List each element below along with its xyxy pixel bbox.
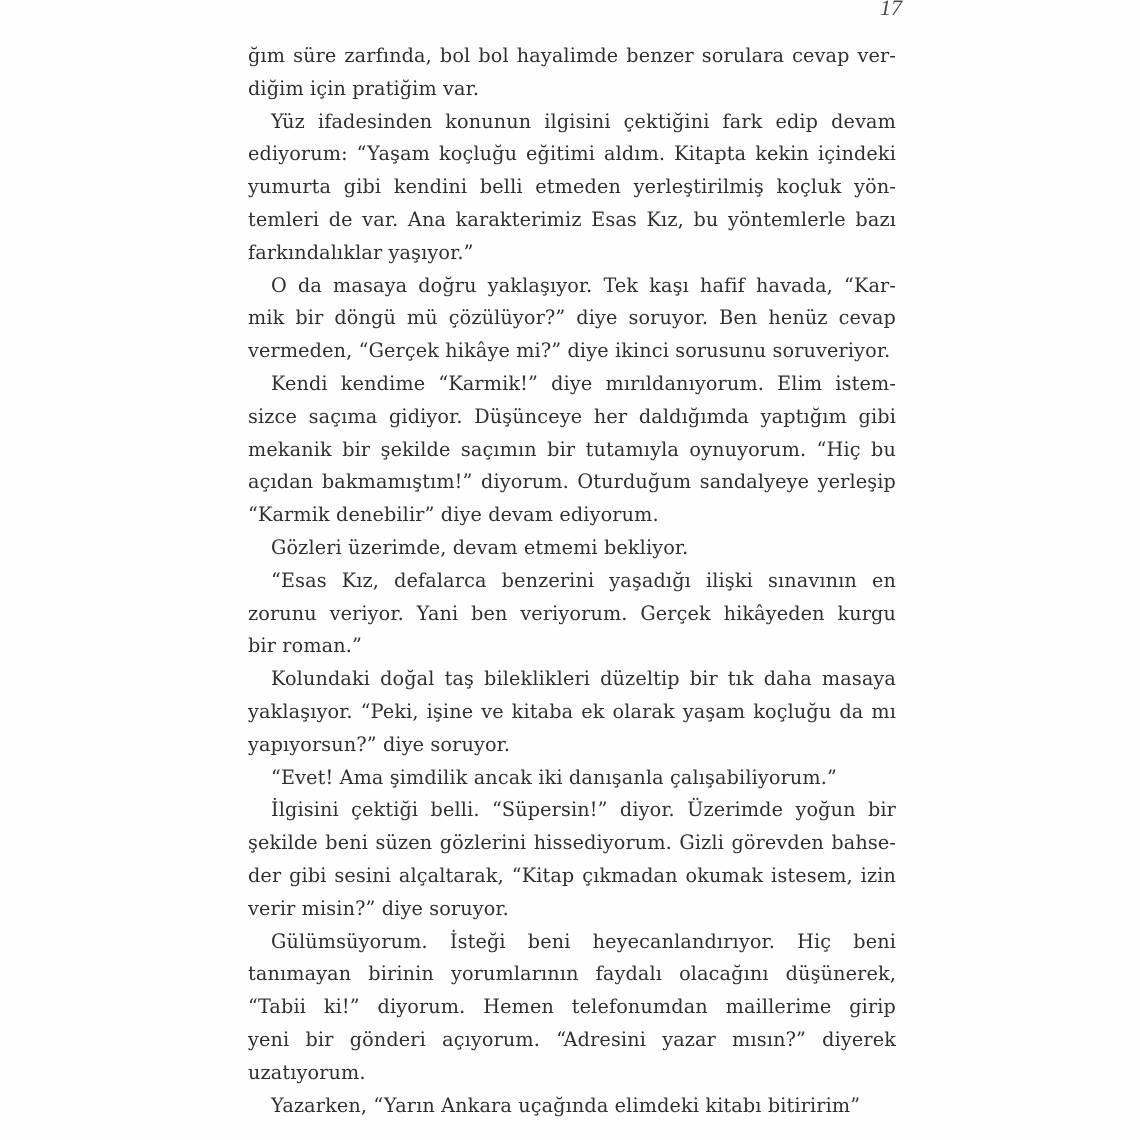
- paragraph: “Evet! Ama şimdilik ancak iki danışanla …: [248, 762, 896, 795]
- text-line: yaklaşıyor. “Peki, işine ve kitaba ek ol…: [248, 696, 896, 729]
- text-line: Gözleri üzerimde, devam etmemi bekliyor.: [248, 532, 896, 565]
- text-line: bir roman.”: [248, 630, 896, 663]
- text-line: Yazarken, “Yarın Ankara uçağında elimdek…: [248, 1090, 896, 1123]
- text-line: diğim için pratiğim var.: [248, 73, 896, 106]
- text-line: yeni bir gönderi açıyorum. “Adresini yaz…: [248, 1024, 896, 1057]
- text-line: yapıyorsun?” diye soruyor.: [248, 729, 896, 762]
- paragraph: Yazarken, “Yarın Ankara uçağında elimdek…: [248, 1090, 896, 1123]
- book-page: 17 ğım süre zarfında, bol bol hayalimde …: [0, 0, 1140, 1140]
- paragraph: Gülümsüyorum. İsteği beni heyecanlandırı…: [248, 926, 896, 1090]
- text-line: uzatıyorum.: [248, 1057, 896, 1090]
- text-line: Yüz ifadesinden konunun ilgisini çektiği…: [248, 106, 896, 139]
- page-number: 17: [862, 0, 902, 22]
- text-line: Kendi kendime “Karmik!” diye mırıldanıyo…: [248, 368, 896, 401]
- paragraph: Yüz ifadesinden konunun ilgisini çektiği…: [248, 106, 896, 270]
- text-line: “Evet! Ama şimdilik ancak iki danışanla …: [248, 762, 896, 795]
- text-line: vermeden, “Gerçek hikâye mi?” diye ikinc…: [248, 335, 896, 368]
- text-line: şekilde beni süzen gözlerini hissediyoru…: [248, 827, 896, 860]
- text-line: verir misin?” diye soruyor.: [248, 893, 896, 926]
- text-line: “Karmik denebilir” diye devam ediyorum.: [248, 499, 896, 532]
- paragraph: “Esas Kız, defalarca benzerini yaşadığı …: [248, 565, 896, 663]
- paragraph: O da masaya doğru yaklaşıyor. Tek kaşı h…: [248, 270, 896, 368]
- text-line: ğım süre zarfında, bol bol hayalimde ben…: [248, 40, 896, 73]
- text-line: açıdan bakmamıştım!” diyorum. Oturduğum …: [248, 466, 896, 499]
- text-line: O da masaya doğru yaklaşıyor. Tek kaşı h…: [248, 270, 896, 303]
- text-line: mik bir döngü mü çözülüyor?” diye soruyo…: [248, 302, 896, 335]
- text-line: temleri de var. Ana karakterimiz Esas Kı…: [248, 204, 896, 237]
- text-line: Gülümsüyorum. İsteği beni heyecanlandırı…: [248, 926, 896, 959]
- text-line: İlgisini çektiği belli. “Süpersin!” diyo…: [248, 794, 896, 827]
- text-line: zorunu veriyor. Yani ben veriyorum. Gerç…: [248, 598, 896, 631]
- paragraph: İlgisini çektiği belli. “Süpersin!” diyo…: [248, 794, 896, 925]
- text-line: der gibi sesini alçaltarak, “Kitap çıkma…: [248, 860, 896, 893]
- text-line: ediyorum: “Yaşam koçluğu eğitimi aldım. …: [248, 138, 896, 171]
- text-line: yumurta gibi kendini belli etmeden yerle…: [248, 171, 896, 204]
- text-line: mekanik bir şekilde saçımın bir tutamıyl…: [248, 434, 896, 467]
- paragraph: Gözleri üzerimde, devam etmemi bekliyor.: [248, 532, 896, 565]
- paragraph: Kolundaki doğal taş bileklikleri düzelti…: [248, 663, 896, 761]
- text-line: sizce saçıma gidiyor. Düşünceye her dald…: [248, 401, 896, 434]
- text-line: farkındalıklar yaşıyor.”: [248, 237, 896, 270]
- text-line: Kolundaki doğal taş bileklikleri düzelti…: [248, 663, 896, 696]
- text-line: “Esas Kız, defalarca benzerini yaşadığı …: [248, 565, 896, 598]
- paragraph: ğım süre zarfında, bol bol hayalimde ben…: [248, 40, 896, 106]
- body-text: ğım süre zarfında, bol bol hayalimde ben…: [248, 40, 896, 1122]
- paragraph: Kendi kendime “Karmik!” diye mırıldanıyo…: [248, 368, 896, 532]
- text-line: tanımayan birinin yorumlarının faydalı o…: [248, 958, 896, 991]
- text-line: “Tabii ki!” diyorum. Hemen telefonumdan …: [248, 991, 896, 1024]
